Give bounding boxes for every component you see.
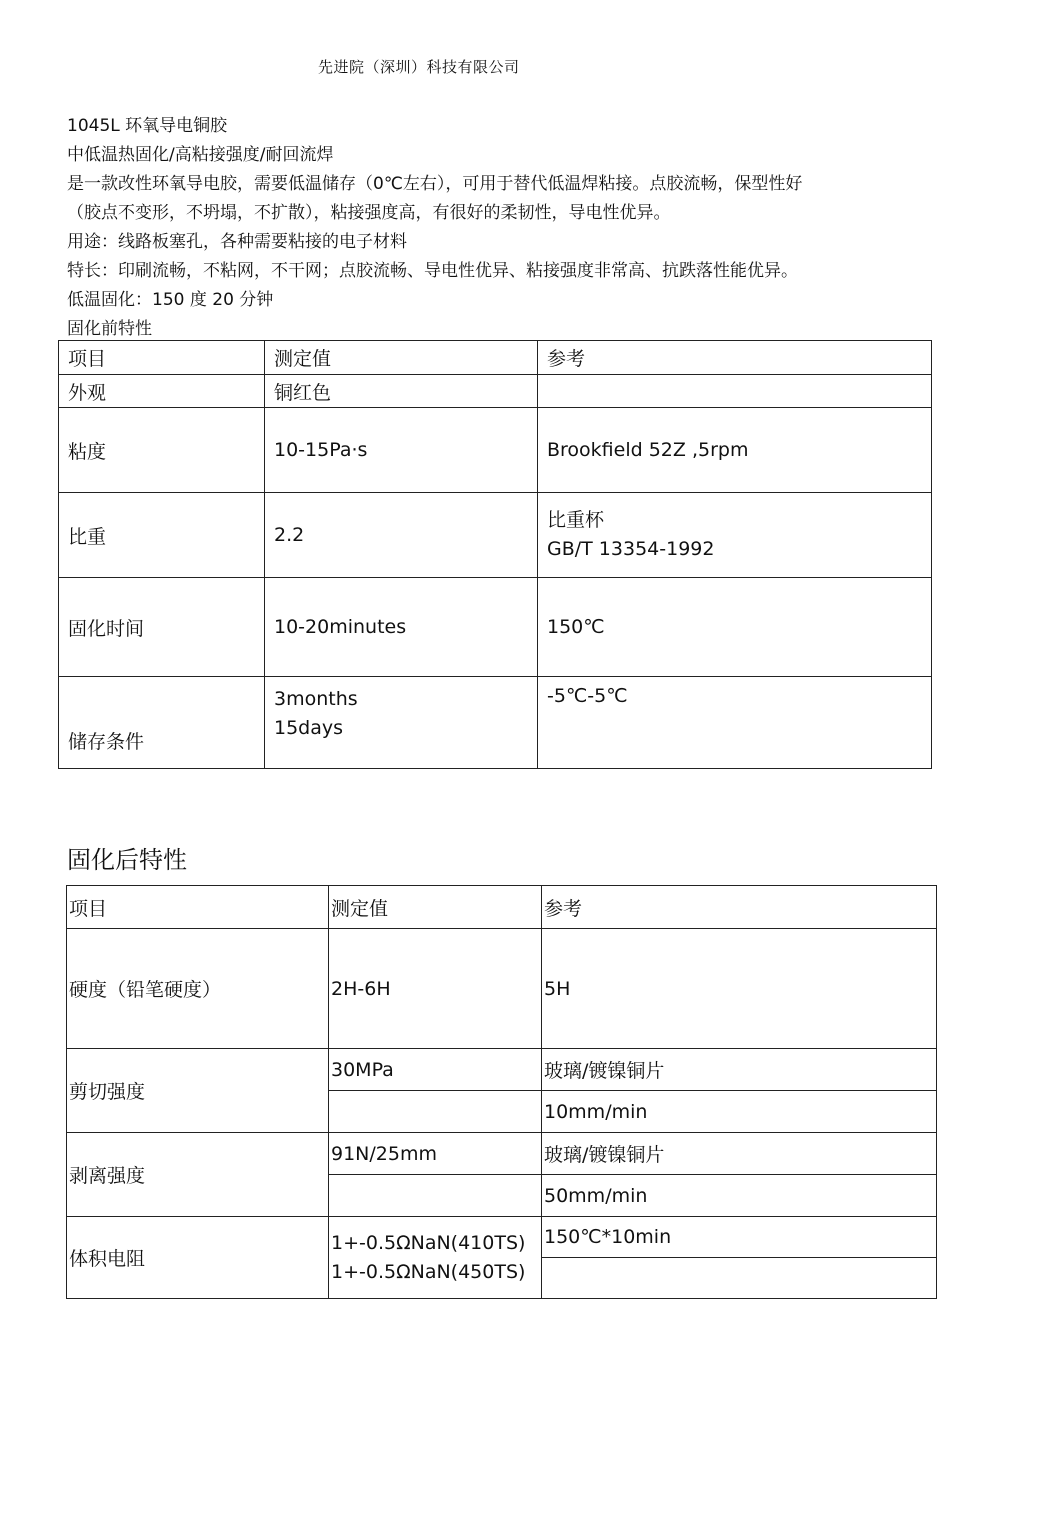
table-row: 外观 铜红色 <box>59 375 932 408</box>
table-header-row: 项目 测定值 参考 <box>67 886 937 929</box>
cell-reference: 玻璃/镀镍铜片 <box>542 1049 937 1091</box>
cell-item: 剥离强度 <box>67 1133 329 1217</box>
table-row: 固化时间 10-20minutes 150℃ <box>59 578 932 677</box>
table-row: 剪切强度 30MPa 玻璃/镀镍铜片 <box>67 1049 937 1091</box>
cell-reference: Brookfield 52Z ,5rpm <box>538 408 932 493</box>
cell-value: 铜红色 <box>265 375 538 408</box>
cell-value: 30MPa <box>329 1049 542 1091</box>
value-line: 1+-0.5ΩNaN(450TS) <box>331 1258 539 1287</box>
cell-value: 1+-0.5ΩNaN(410TS) 1+-0.5ΩNaN(450TS) <box>329 1217 542 1299</box>
cell-reference: 5H <box>542 929 937 1049</box>
cell-item: 比重 <box>59 493 265 578</box>
header-item: 项目 <box>67 886 329 929</box>
table-row: 储存条件 3months 15days -5℃-5℃ <box>59 677 932 769</box>
reference-line: GB/T 13354-1992 <box>547 535 922 564</box>
product-tagline: 中低温热固化/高粘接强度/耐回流焊 <box>67 141 947 170</box>
product-intro: 1045L 环氧导电铜胶 中低温热固化/高粘接强度/耐回流焊 是一款改性环氧导电… <box>67 112 947 344</box>
cell-value: 2H-6H <box>329 929 542 1049</box>
product-name: 1045L 环氧导电铜胶 <box>67 112 947 141</box>
cell-item: 剪切强度 <box>67 1049 329 1133</box>
value-line: 3months <box>274 685 528 714</box>
table-row: 比重 2.2 比重杯 GB/T 13354-1992 <box>59 493 932 578</box>
table-row: 粘度 10-15Pa·s Brookfield 52Z ,5rpm <box>59 408 932 493</box>
curing-text: 低温固化：150 度 20 分钟 <box>67 286 947 315</box>
reference-line: 比重杯 <box>547 506 922 535</box>
cell-reference: 150℃*10min <box>542 1217 937 1258</box>
cell-reference: 50mm/min <box>542 1175 937 1217</box>
table-row: 体积电阻 1+-0.5ΩNaN(410TS) 1+-0.5ΩNaN(450TS)… <box>67 1217 937 1258</box>
value-line: 1+-0.5ΩNaN(410TS) <box>331 1229 539 1258</box>
post-cure-properties-table: 项目 测定值 参考 硬度（铅笔硬度） 2H-6H 5H 剪切强度 30MPa 玻… <box>66 885 937 1299</box>
cell-value: 3months 15days <box>265 677 538 769</box>
header-reference: 参考 <box>542 886 937 929</box>
table-row: 硬度（铅笔硬度） 2H-6H 5H <box>67 929 937 1049</box>
cell-item: 外观 <box>59 375 265 408</box>
cell-reference: 比重杯 GB/T 13354-1992 <box>538 493 932 578</box>
table-header-row: 项目 测定值 参考 <box>59 341 932 375</box>
company-header: 先进院（深圳）科技有限公司 <box>318 56 520 77</box>
cell-item: 体积电阻 <box>67 1217 329 1299</box>
header-value: 测定值 <box>265 341 538 375</box>
table-row: 剥离强度 91N/25mm 玻璃/镀镍铜片 <box>67 1133 937 1175</box>
cell-value-empty <box>329 1091 542 1133</box>
cell-item: 粘度 <box>59 408 265 493</box>
cell-item: 固化时间 <box>59 578 265 677</box>
cell-value-empty <box>329 1175 542 1217</box>
header-value: 测定值 <box>329 886 542 929</box>
pre-cure-properties-table: 项目 测定值 参考 外观 铜红色 粘度 10-15Pa·s Brookfield… <box>58 340 932 769</box>
cell-value: 10-20minutes <box>265 578 538 677</box>
cell-reference: 玻璃/镀镍铜片 <box>542 1133 937 1175</box>
cell-reference: 150℃ <box>538 578 932 677</box>
description-line-2: （胶点不变形，不坍塌，不扩散），粘接强度高，有很好的柔韧性，导电性优异。 <box>67 199 947 228</box>
header-reference: 参考 <box>538 341 932 375</box>
section-2-title: 固化后特性 <box>67 840 187 875</box>
usage-text: 用途：线路板塞孔，各种需要粘接的电子材料 <box>67 228 947 257</box>
cell-reference: 10mm/min <box>542 1091 937 1133</box>
cell-reference <box>542 1258 937 1299</box>
value-line: 15days <box>274 714 528 743</box>
cell-value: 10-15Pa·s <box>265 408 538 493</box>
cell-item: 储存条件 <box>59 677 265 769</box>
features-text: 特长：印刷流畅，不粘网，不干网；点胶流畅、导电性优异、粘接强度非常高、抗跌落性能… <box>67 257 947 286</box>
cell-reference <box>538 375 932 408</box>
cell-item: 硬度（铅笔硬度） <box>67 929 329 1049</box>
header-item: 项目 <box>59 341 265 375</box>
description-line-1: 是一款改性环氧导电胶，需要低温储存（0℃左右），可用于替代低温焊粘接。点胶流畅，… <box>67 170 947 199</box>
cell-value: 91N/25mm <box>329 1133 542 1175</box>
cell-value: 2.2 <box>265 493 538 578</box>
cell-reference: -5℃-5℃ <box>538 677 932 769</box>
